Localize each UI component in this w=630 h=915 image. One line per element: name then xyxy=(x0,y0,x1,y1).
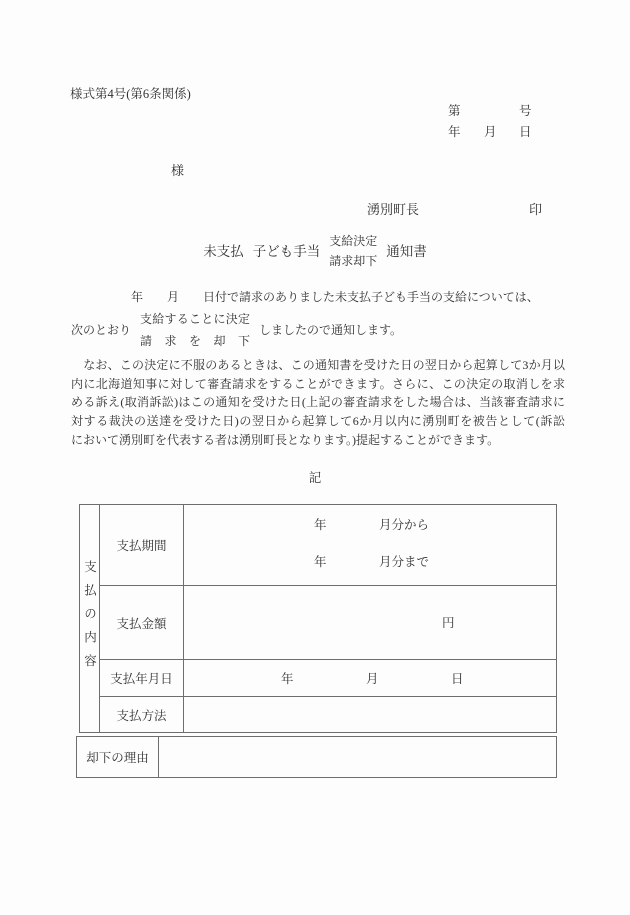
period-to-rest: 月分まで xyxy=(379,556,429,569)
document-page: 様式第4号(第6条関係) 第 号 年 月 日 様 湧別町長 印 未支払 子ども手… xyxy=(0,0,630,915)
appeal-line: において湧別町を代表する者は湧別町長となります。)提起することができます。 xyxy=(71,431,565,450)
payment-method-value-cell xyxy=(184,697,556,732)
payment-amount-value-cell: 円 xyxy=(184,586,556,660)
doc-number-prefix: 第 xyxy=(448,101,461,119)
appeal-line: 対する裁決の送達を受けた日)の翌日から起算して6か月以内に湧別町を被告として(訴… xyxy=(71,412,565,431)
title-stacked-bottom: 請求却下 xyxy=(329,252,377,269)
para-request-line2: 次のとおり 支給することに決定 請 求 を 却 下 しましたので通知します。 xyxy=(71,310,591,348)
issue-date-day: 日 xyxy=(519,122,532,140)
issue-date-month: 月 xyxy=(484,122,497,140)
title-stacked-top: 支給決定 xyxy=(329,232,377,249)
addressee-suffix: 様 xyxy=(171,160,184,179)
payment-date-label: 支払年月日 xyxy=(100,660,184,697)
payment-date-value-cell: 年 月 日 xyxy=(184,660,556,697)
period-from-year: 年 xyxy=(314,519,327,532)
title-part3: 通知書 xyxy=(386,240,427,260)
group-header-text: 支払の内容 xyxy=(80,560,100,678)
issuer-title: 湧別町長 xyxy=(367,199,419,218)
rejection-reason-table: 却下の理由 xyxy=(76,736,557,778)
decision-stacked-options: 支給することに決定 請 求 を 却 下 xyxy=(140,310,250,349)
seal-mark: 印 xyxy=(529,199,542,218)
rejection-reason-value-cell xyxy=(159,737,556,777)
pay-date-year: 年 xyxy=(281,673,294,686)
payment-period-label: 支払期間 xyxy=(100,505,184,586)
payment-method-label: 支払方法 xyxy=(100,697,184,732)
title-part2: 子ども手当 xyxy=(253,240,321,260)
issue-date-year: 年 xyxy=(448,122,461,140)
ki-marker: 記 xyxy=(0,468,630,486)
period-from-rest: 月分から xyxy=(379,519,429,532)
para-request-tail: しましたので通知します。 xyxy=(259,321,402,338)
amount-unit-yen: 円 xyxy=(442,617,455,630)
pay-date-day: 日 xyxy=(451,673,464,686)
payment-details-table: 支払の内容 支払期間 年 月分から 年 月分まで 支払金額 円 支払年月日 年 … xyxy=(79,504,557,733)
decision-stacked-top: 支給することに決定 xyxy=(140,310,250,327)
form-number-label: 様式第4号(第6条関係) xyxy=(70,84,191,102)
appeal-line: める訴え(取消訴訟)はこの通知を受けた日(上記の審査請求をした場合は、当該審査請… xyxy=(71,393,565,412)
doc-number-suffix: 号 xyxy=(519,101,532,119)
para-request-lead: 次のとおり xyxy=(71,321,131,338)
payment-amount-label: 支払金額 xyxy=(100,586,184,660)
title-stacked-options: 支給決定 請求却下 xyxy=(329,232,377,269)
title-part1: 未支払 xyxy=(203,240,244,260)
decision-stacked-bottom: 請 求 を 却 下 xyxy=(140,332,250,349)
appeal-line: 内に北海道知事に対して審査請求をすることができます。さらに、この決定の取消しを求 xyxy=(71,375,565,394)
payment-period-value-cell: 年 月分から 年 月分まで xyxy=(184,505,556,586)
document-title: 未支払 子ども手当 支給決定 請求却下 通知書 xyxy=(0,233,630,267)
period-to-year: 年 xyxy=(314,556,327,569)
rejection-reason-label: 却下の理由 xyxy=(77,737,159,777)
para-request-line1: 年 月 日付で請求のありました未支払子ども手当の支給については、 xyxy=(71,290,571,305)
appeal-line: なお、この決定に不服のあるときは、この通知書を受けた日の翌日から起算して3か月以 xyxy=(71,356,565,375)
group-header-payment-contents: 支払の内容 xyxy=(80,505,100,732)
para-appeal-notice: なお、この決定に不服のあるときは、この通知書を受けた日の翌日から起算して3か月以… xyxy=(71,356,565,450)
pay-date-month: 月 xyxy=(366,673,379,686)
